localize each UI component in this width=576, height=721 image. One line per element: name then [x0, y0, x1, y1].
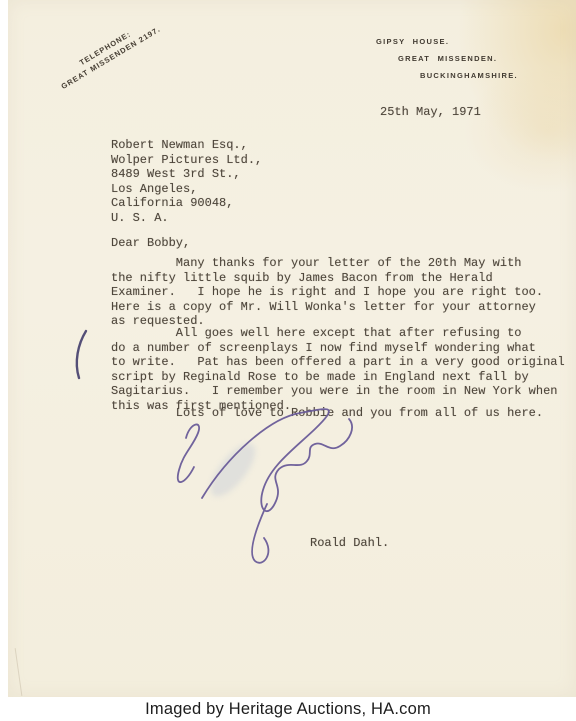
paragraph-line: do a number of screenplays I now find my… — [111, 341, 565, 356]
paragraph-line: Many thanks for your letter of the 20th … — [111, 256, 543, 271]
recipient-address: Robert Newman Esq.,Wolper Pictures Ltd.,… — [111, 138, 262, 226]
paragraph-line: Examiner. I hope he is right and I hope … — [111, 285, 543, 300]
recipient-address-line: Los Angeles, — [111, 182, 262, 197]
recipient-address-line: California 90048, — [111, 196, 262, 211]
recipient-address-line: Robert Newman Esq., — [111, 138, 262, 153]
typed-signature: Roald Dahl. — [310, 536, 389, 551]
telephone-stamp-line2: GREAT MISSENDEN 2197. — [51, 19, 170, 96]
paragraph-line: Here is a copy of Mr. Will Wonka's lette… — [111, 300, 543, 315]
recipient-address-line: Wolper Pictures Ltd., — [111, 153, 262, 168]
margin-pen-mark — [70, 328, 96, 384]
paragraph-line: All goes well here except that after ref… — [111, 326, 565, 341]
letterhead-house: GIPSY HOUSE. — [376, 37, 449, 46]
telephone-stamp-line1: TELEPHONE: — [46, 10, 165, 87]
letterhead-county: BUCKINGHAMSHIRE. — [420, 71, 518, 80]
paragraph-line: to write. Pat has been offered a part in… — [111, 355, 565, 370]
salutation: Dear Bobby, — [111, 236, 190, 251]
recipient-address-line: U. S. A. — [111, 211, 262, 226]
paragraph-line: script by Reginald Rose to be made in En… — [111, 370, 565, 385]
recipient-address-line: 8489 West 3rd St., — [111, 167, 262, 182]
paper-crease — [15, 648, 23, 696]
paragraph-1: Many thanks for your letter of the 20th … — [111, 256, 543, 329]
paragraph-line: the nifty little squib by James Bacon fr… — [111, 271, 543, 286]
letter-date: 25th May, 1971 — [380, 105, 481, 120]
letterhead-town: GREAT MISSENDEN. — [398, 54, 497, 63]
letter-paper: TELEPHONE: GREAT MISSENDEN 2197. GIPSY H… — [8, 0, 576, 697]
heritage-auctions-caption: Imaged by Heritage Auctions, HA.com — [145, 700, 431, 719]
paragraph-line: Sagitarius. I remember you were in the r… — [111, 384, 565, 399]
scanned-letter-view: TELEPHONE: GREAT MISSENDEN 2197. GIPSY H… — [0, 0, 576, 721]
telephone-stamp: TELEPHONE: GREAT MISSENDEN 2197. — [46, 10, 170, 97]
caption-band: Imaged by Heritage Auctions, HA.com — [0, 697, 576, 721]
